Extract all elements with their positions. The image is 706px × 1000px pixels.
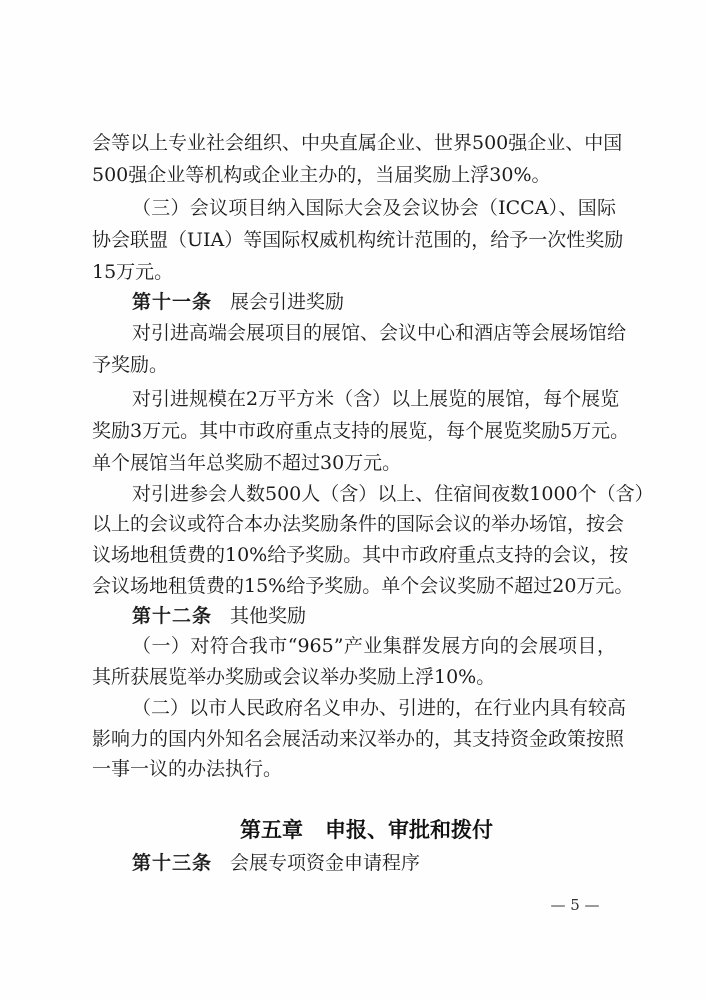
article-number: 第十三条 (132, 852, 212, 874)
paragraph-line: （三）会议项目纳入国际大会及会议协会（ICCA）、国际 (132, 195, 616, 221)
paragraph-line: 其所获展览举办奖励或会议举办奖励上浮10%。 (92, 664, 616, 690)
article-title: 其他奖励 (230, 605, 306, 627)
page-number: — 5 — (543, 894, 607, 916)
chapter-title: 申报、审批和拨付 (325, 818, 493, 842)
article-heading: 第十二条其他奖励 (132, 603, 616, 629)
article-title: 展会引进奖励 (230, 291, 344, 313)
paragraph-line: 500强企业等机构或企业主办的，当届奖励上浮30%。 (92, 162, 616, 188)
paragraph-line: 15万元。 (92, 259, 616, 285)
article-number: 第十二条 (132, 605, 212, 627)
paragraph-line: 对引进规模在2万平方米（含）以上展览的展馆，每个展览 (132, 386, 616, 412)
paragraph-line: 会等以上专业社会组织、中央直属企业、世界500强企业、中国 (92, 130, 616, 156)
paragraph-line: 对引进参会人数500人（含）以上、住宿间夜数1000个（含） (132, 481, 616, 507)
article-title: 会展专项资金申请程序 (230, 852, 420, 874)
paragraph-line: 议场地租赁费的10%给予奖励。其中市政府重点支持的会议，按 (92, 542, 616, 568)
paragraph-line: （一）对符合我市“965”产业集群发展方向的会展项目， (132, 633, 616, 659)
article-number: 第十一条 (132, 291, 212, 313)
paragraph-line: 单个展馆当年总奖励不超过30万元。 (92, 450, 616, 476)
paragraph-line: 对引进高端会展项目的展馆、会议中心和酒店等会展场馆给 (132, 320, 616, 346)
paragraph-line: 协会联盟（UIA）等国际权威机构统计范围的，给予一次性奖励 (92, 227, 616, 253)
paragraph-line: 一事一议的办法执行。 (92, 756, 616, 782)
article-heading: 第十一条展会引进奖励 (132, 289, 616, 315)
article-heading: 第十三条会展专项资金申请程序 (132, 850, 616, 876)
paragraph-line: 予奖励。 (92, 352, 616, 378)
paragraph-line: 以上的会议或符合本办法奖励条件的国际会议的举办场馆，按会 (92, 511, 616, 537)
paragraph-line: 会议场地租赁费的15%给予奖励。单个会议奖励不超过20万元。 (92, 573, 616, 599)
paragraph-line: 奖励3万元。其中市政府重点支持的展览，每个展览奖励5万元。 (92, 418, 616, 444)
paragraph-line: （二）以市人民政府名义申办、引进的，在行业内具有较高 (132, 695, 616, 721)
document-page: 会等以上专业社会组织、中央直属企业、世界500强企业、中国 500强企业等机构或… (0, 0, 706, 1000)
paragraph-line: 影响力的国内外知名会展活动来汉举办的，其支持资金政策按照 (92, 726, 616, 752)
chapter-heading: 第五章申报、审批和拨付 (240, 816, 466, 844)
chapter-number: 第五章 (240, 818, 303, 842)
